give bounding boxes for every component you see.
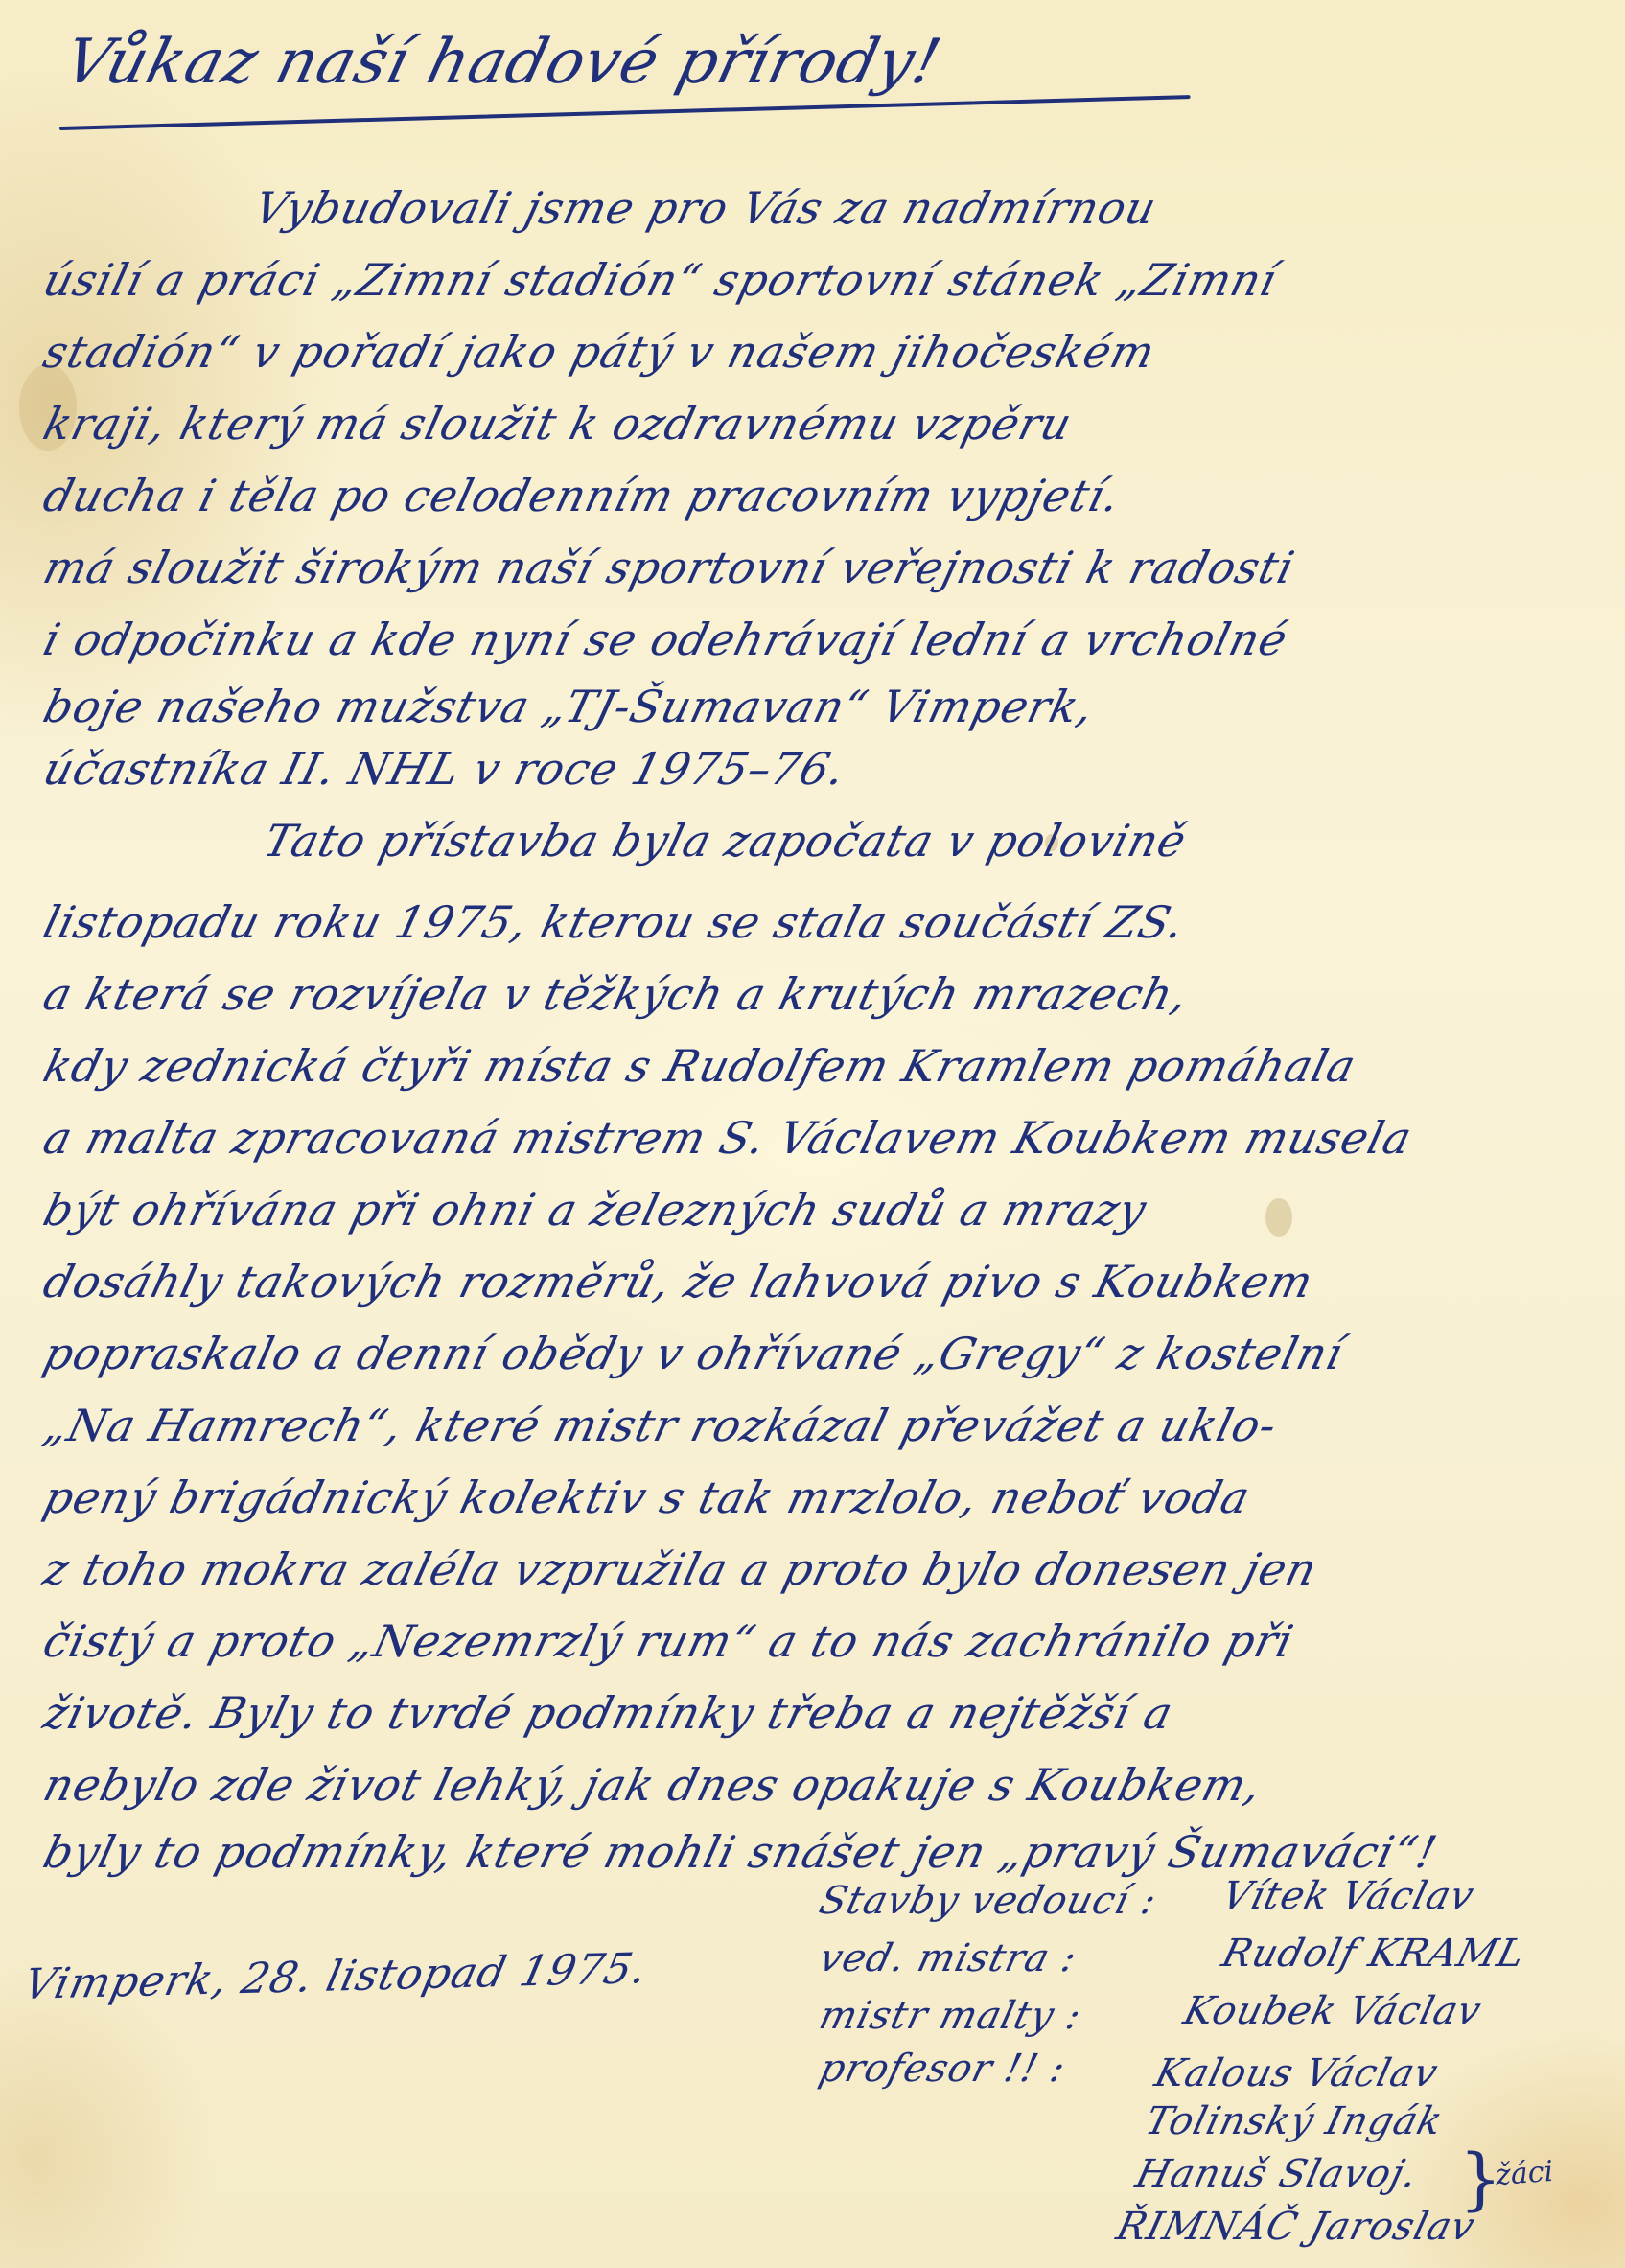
body-line: boje našeho mužstva „TJ-Šumavan“ Vimperk… (38, 681, 1100, 732)
signature-name: Rudolf KRAML (1218, 1932, 1530, 1976)
body-line: nebylo zde život lehký, jak dnes opakuje… (38, 1759, 1267, 1811)
body-line: kraji, který má sloužit k ozdravnému vzp… (38, 398, 1078, 450)
signature-name: Kalous Václav (1150, 2051, 1443, 2095)
body-line: má sloužit širokým naší sportovní veřejn… (38, 542, 1300, 593)
body-line: z toho mokra zaléla vzpružila a proto by… (38, 1543, 1323, 1595)
body-line: a malta zpracovaná mistrem S. Václavem K… (38, 1112, 1418, 1164)
body-line: byly to podmínky, které mohli snášet jen… (38, 1826, 1443, 1878)
body-line: čistý a proto „Nezemrzlý rum“ a to nás z… (38, 1615, 1299, 1667)
body-line: ducha i těla po celodenním pracovním vyp… (38, 470, 1126, 521)
body-line: i odpočinku a kde nyní se odehrávají led… (38, 613, 1293, 665)
body-line: pený brigádnický kolektiv s tak mrzlolo,… (38, 1471, 1256, 1523)
signature-role: ved. mistra : (815, 1936, 1081, 1980)
body-line: Tato přístavba byla započata v polovině (259, 815, 1192, 867)
signature-name: Tolinský Ingák (1141, 2099, 1448, 2143)
body-line: být ohřívána při ohni a železných sudů a… (38, 1184, 1152, 1236)
body-line: listopadu roku 1975, kterou se stala sou… (38, 896, 1191, 948)
body-line: popraskalo a denní obědy v ohřívané „Gre… (38, 1328, 1349, 1379)
body-line: dosáhly takových rozměrů, že lahvová piv… (38, 1256, 1319, 1308)
body-line: životě. Byly to tvrdé podmínky třeba a n… (38, 1687, 1178, 1739)
signature-name: Koubek Václav (1179, 1989, 1486, 2033)
signature-name: Vítek Václav (1218, 1874, 1479, 1918)
body-line: úsilí a práci „Zimní stadión“ sportovní … (38, 254, 1283, 306)
body-line: kdy zednická čtyři místa s Rudolfem Kram… (38, 1040, 1361, 1092)
body-line: „Na Hamrech“, které mistr rozkázal převá… (38, 1400, 1283, 1451)
signature-name: Hanuš Slavoj. (1131, 2152, 1423, 2196)
ink-stain (1265, 1198, 1292, 1237)
body-line: účastníka II. NHL v roce 1975–76. (38, 743, 851, 795)
signature-name: ŘIMNÁČ Jaroslav (1112, 2205, 1479, 2249)
signature-role: profesor !! : (815, 2047, 1071, 2091)
brace-note: žáci (1495, 2155, 1554, 2192)
body-line: a která se rozvíjela v těžkých a krutých… (38, 968, 1194, 1020)
signature-role: mistr malty : (815, 1994, 1086, 2038)
body-line: stadión“ v pořadí jako pátý v našem jiho… (38, 326, 1161, 378)
document-title: Vůkaz naší hadové přírody! (58, 27, 948, 98)
signature-role: Stavby vedoucí : (815, 1879, 1161, 1923)
body-line: Vybudovali jsme pro Vás za nadmírnou (249, 182, 1162, 234)
